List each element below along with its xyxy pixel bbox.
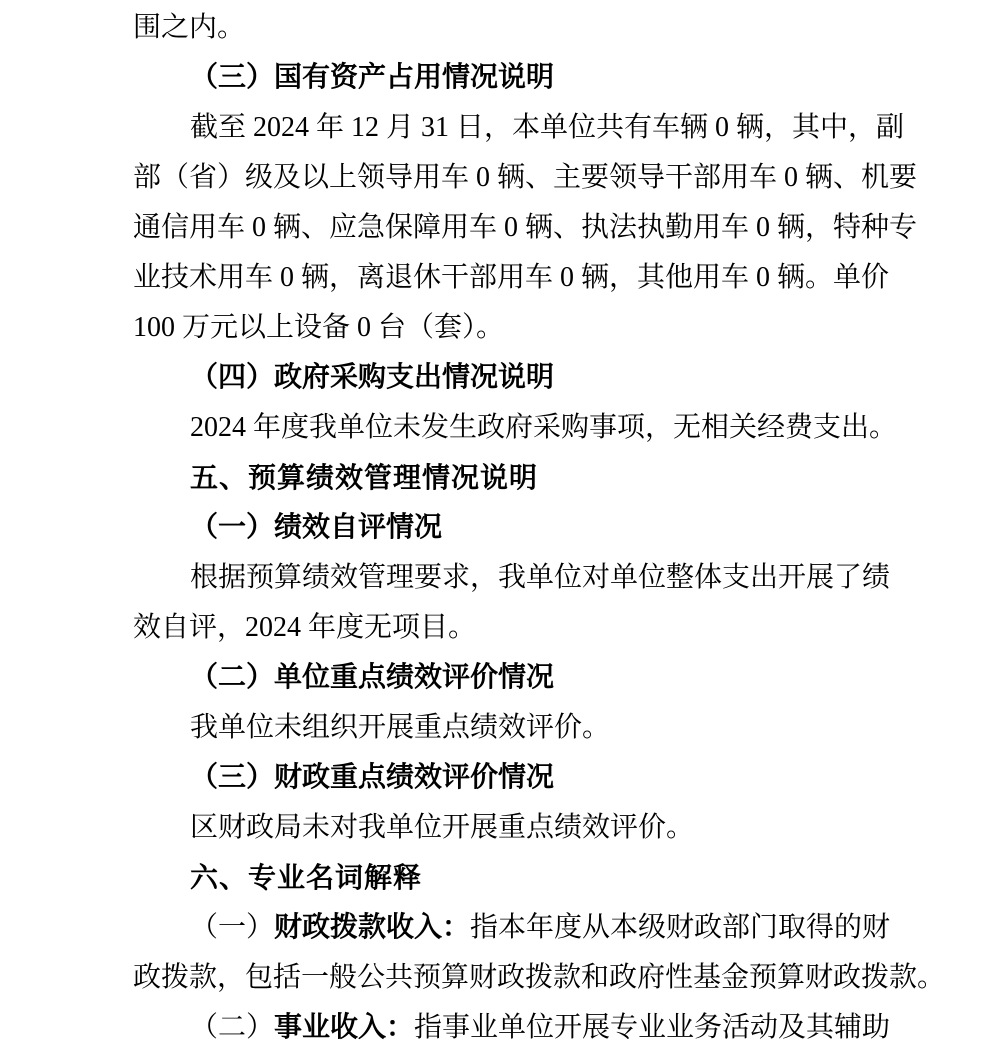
body-line-continuation: 围之内。 [133,3,888,53]
body-line: 政拨款，包括一般公共预算财政拨款和政府性基金预算财政拨款。 [133,953,888,1003]
body-line-term-fiscal-appropriation: （一）财政拨款收入：指本年度从本级财政部门取得的财 [133,903,888,953]
body-line: 2024 年度我单位未发生政府采购事项，无相关经费支出。 [133,403,888,453]
body-line-term-business-income: （二）事业收入：指事业单位开展专业业务活动及其辅助 [133,1003,888,1053]
term-definition: 指本年度从本级财政部门取得的财 [470,912,890,943]
body-line: 业技术用车 0 辆，离退休干部用车 0 辆，其他用车 0 辆。单价 [133,253,888,303]
term-name: 事业收入： [274,1012,414,1043]
term-name: 财政拨款收入： [274,912,470,943]
section-heading-budget-performance: 五、预算绩效管理情况说明 [133,453,888,503]
term-definition: 指事业单位开展专业业务活动及其辅助 [414,1012,890,1043]
body-line: 根据预算绩效管理要求，我单位对单位整体支出开展了绩 [133,553,888,603]
body-line: 效自评，2024 年度无项目。 [133,603,888,653]
body-line: 我单位未组织开展重点绩效评价。 [133,703,888,753]
body-line: 通信用车 0 辆、应急保障用车 0 辆、执法执勤用车 0 辆，特种专 [133,203,888,253]
subsection-heading-gov-procurement: （四）政府采购支出情况说明 [133,353,888,403]
term-number: （一） [190,912,274,943]
document-page: 围之内。 （三）国有资产占用情况说明 截至 2024 年 12 月 31 日，本… [0,0,1000,1059]
body-line: 截至 2024 年 12 月 31 日，本单位共有车辆 0 辆，其中，副 [133,103,888,153]
subsection-heading-finance-key-evaluation: （三）财政重点绩效评价情况 [133,753,888,803]
body-line: 部（省）级及以上领导用车 0 辆、主要领导干部用车 0 辆、机要 [133,153,888,203]
term-number: （二） [190,1012,274,1043]
subsection-heading-self-evaluation: （一）绩效自评情况 [133,503,888,553]
subsection-heading-state-assets: （三）国有资产占用情况说明 [133,53,888,103]
body-line: 100 万元以上设备 0 台（套）。 [133,303,888,353]
subsection-heading-unit-key-evaluation: （二）单位重点绩效评价情况 [133,653,888,703]
section-heading-terminology: 六、专业名词解释 [133,853,888,903]
body-line: 区财政局未对我单位开展重点绩效评价。 [133,803,888,853]
